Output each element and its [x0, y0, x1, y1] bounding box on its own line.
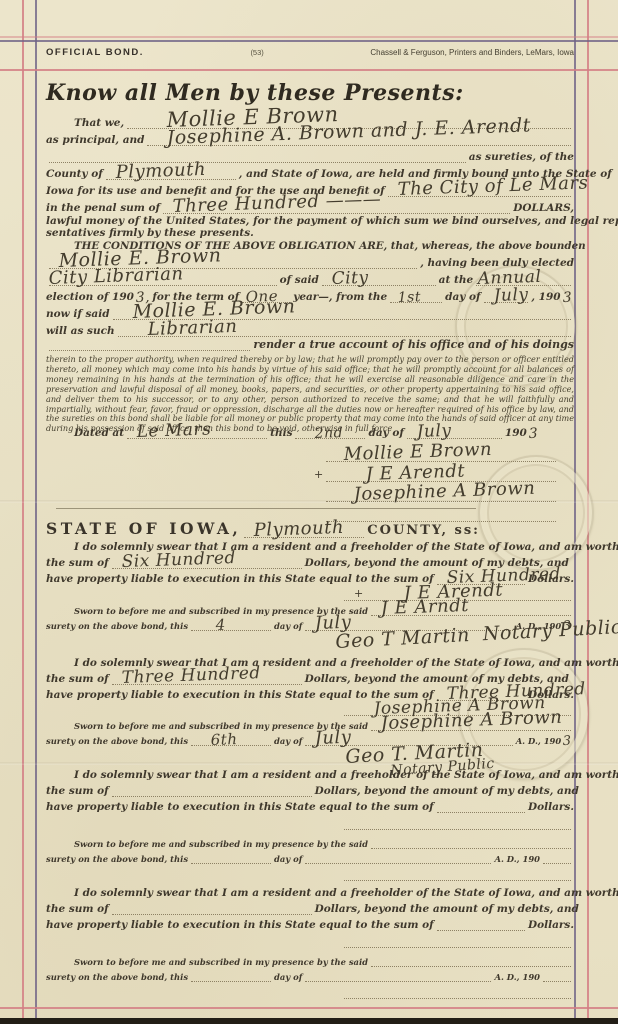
day-blank: 6th	[191, 730, 271, 746]
surety-clause-label: surety on the above bond, this	[46, 972, 188, 982]
cross-mark: +	[354, 587, 363, 600]
section-divider	[56, 508, 476, 509]
sum-handwriting: Six Hundred	[121, 550, 236, 571]
dollars-label: DOLLARS,	[513, 202, 574, 214]
month-blank: July	[484, 285, 529, 303]
dated-year-label: 190	[505, 427, 527, 439]
bottom-pink-rule	[0, 1007, 618, 1009]
sum-blank: Six Hundred	[112, 552, 302, 569]
day-blank: 4	[191, 615, 271, 631]
surety-date-line: surety on the above bond, this day of A.…	[46, 967, 574, 982]
county-blank: Plymouth	[106, 162, 236, 180]
venue-county-blank: Plymouth	[244, 515, 364, 538]
line-now-if-said: now if said Mollie E. Brown	[46, 303, 574, 320]
notary-line: Geo T Martin Notary Public	[46, 631, 574, 649]
affidavit-1: STATE OF IOWA, Plymouth COUNTY, ss: I do…	[46, 516, 574, 649]
of-said-blank: City	[322, 268, 436, 286]
surety-signature-blank	[344, 930, 571, 948]
surety-signature-blank	[344, 812, 571, 830]
line-will-as-such: will as such Librarian	[46, 320, 574, 337]
at-the-blank: Annual	[476, 268, 571, 286]
dated-at-label: Dated at	[46, 427, 124, 439]
page-header: OFFICIAL BOND. (53) Chassell & Ferguson,…	[46, 47, 574, 58]
line-render: render a true account of his office and …	[46, 337, 574, 351]
ad-label: A. D., 190	[516, 736, 562, 746]
day-of-label: day of	[274, 621, 302, 631]
sum-label: the sum of	[46, 785, 109, 797]
dated-block: Dated at Le Mars this 2nd day of July 19…	[46, 424, 574, 439]
venue-line: STATE OF IOWA, Plymouth COUNTY, ss:	[46, 516, 574, 538]
office-handwriting: City Librarian	[48, 265, 183, 288]
sureties-names-blank: Josephine A. Brown and J. E. Arendt	[147, 128, 571, 146]
venue-county-handwriting: Plymouth	[254, 519, 345, 540]
surety-signature-line: +J E Arendt	[46, 585, 574, 601]
sum2-blank	[437, 796, 525, 813]
bond-signatures: Mollie E Brown +J E Arendt Josephine A B…	[326, 442, 556, 522]
line-lawful-2: sentatives firmly by these presents.	[46, 227, 574, 239]
dated-day-of-label: day of	[368, 427, 403, 439]
line-lawful-1: lawful money of the United States, for t…	[46, 214, 574, 227]
sum-label: the sum of	[46, 557, 109, 569]
penal-sum-handwriting: Three Hundred ———	[172, 191, 381, 216]
cross-mark: +	[314, 468, 323, 481]
notary-line: Geo T. Martin Notary Public	[46, 746, 574, 764]
top-pink-rule	[0, 36, 618, 38]
year-blank	[543, 966, 571, 982]
form-type-label: OFFICIAL BOND.	[46, 47, 144, 58]
render-blank	[49, 336, 250, 351]
bond-document-page: OFFICIAL BOND. (53) Chassell & Ferguson,…	[0, 0, 618, 1024]
now-if-said-label: now if said	[46, 308, 110, 320]
sworn-name-blank	[371, 949, 571, 967]
state-of-iowa-label: STATE OF IOWA,	[46, 519, 241, 538]
notary-signature-blank	[344, 981, 571, 999]
bond-body: That we, Mollie E Brown as principal, an…	[46, 112, 574, 434]
signature-handwriting: Josephine A Brown	[353, 480, 535, 504]
sum2-blank	[437, 914, 525, 931]
property-line: have property liable to execution in thi…	[46, 797, 574, 813]
year-blank	[543, 848, 571, 864]
penal-sum-label: in the penal sum of	[46, 202, 160, 214]
header-pink-rule	[0, 69, 618, 71]
notary-signature-blank	[344, 863, 571, 881]
surety-clause-label: surety on the above bond, this	[46, 854, 188, 864]
surety-date-line: surety on the above bond, this 6th day o…	[46, 731, 574, 746]
sum-handwriting: Three Hundred	[121, 665, 261, 687]
dated-this-label: this	[270, 427, 292, 439]
affidavit-2: I do solemnly swear that I am a resident…	[46, 654, 574, 764]
that-we-label: That we,	[46, 117, 124, 129]
sum-blank	[112, 780, 312, 797]
property-line: have property liable to execution in thi…	[46, 915, 574, 931]
sworn-name-blank	[371, 831, 571, 849]
surety-clause-label: surety on the above bond, this	[46, 621, 188, 631]
swear-line: I do solemnly swear that I am a resident…	[46, 654, 574, 669]
line-penal-sum: in the penal sum of Three Hundred ——— DO…	[46, 197, 574, 214]
as-sureties-label: as sureties, of the	[469, 151, 574, 163]
swear-line: I do solemnly swear that I am a resident…	[46, 884, 574, 899]
line-election: election of 190 3, for the term of One y…	[46, 286, 574, 303]
day-of-label: day of	[274, 972, 302, 982]
sworn-line: Sworn to before me and subscribed in my …	[46, 716, 574, 731]
surety-clause-label: surety on the above bond, this	[46, 736, 188, 746]
sworn-name-blank: Josephine A Brown	[371, 715, 571, 731]
from-day-blank: 1st	[390, 285, 442, 303]
day-blank	[191, 848, 271, 864]
signature-handwriting: Mollie E Brown	[343, 441, 492, 464]
swear-line: I do solemnly swear that I am a resident…	[46, 766, 574, 781]
render-clause-label: render a true account of his office and …	[253, 339, 574, 351]
signature-line: Josephine A Brown	[326, 482, 556, 502]
sum-line: the sum of Dollars, beyond the amount of…	[46, 899, 574, 915]
empty-blank	[49, 145, 466, 163]
top-purple-rule	[0, 40, 618, 42]
sum-blank	[112, 898, 312, 915]
sum-line: the sum of Dollars, beyond the amount of…	[46, 781, 574, 797]
county-handwriting: Plymouth	[115, 161, 206, 182]
county-ss-label: COUNTY, ss:	[367, 523, 480, 538]
line-dated: Dated at Le Mars this 2nd day of July 19…	[46, 424, 574, 439]
right-pink-rule	[587, 0, 589, 1024]
surety-signature-line	[46, 813, 574, 830]
sworn-line: Sworn to before me and subscribed in my …	[46, 832, 574, 849]
sum-label: the sum of	[46, 673, 109, 685]
dated-month-blank: July	[407, 423, 502, 439]
month-blank	[305, 966, 491, 982]
day-blank	[191, 966, 271, 982]
dated-day-handwriting: 2nd	[315, 426, 344, 441]
signature-line: Mollie E Brown	[326, 442, 556, 462]
such-office-blank: Librarian	[118, 319, 571, 337]
sworn-line: Sworn to before me and subscribed in my …	[46, 601, 574, 616]
sum-blank: Three Hundred	[112, 668, 302, 685]
dated-day-blank: 2nd	[295, 423, 365, 439]
form-number: (53)	[144, 48, 370, 57]
sworn-name-blank: J E Arndt	[371, 600, 571, 616]
lawful-line1: lawful money of the United States, for t…	[46, 215, 618, 227]
line-as-principal: as principal, and Josephine A. Brown and…	[46, 129, 574, 146]
left-pink-rule	[22, 0, 24, 1024]
lawful-line2: sentatives firmly by these presents.	[46, 227, 254, 239]
dated-place-blank: Le Mars	[127, 423, 267, 439]
sum-label: the sum of	[46, 903, 109, 915]
printer-credit: Chassell & Ferguson, Printers and Binder…	[370, 48, 574, 57]
line-as-sureties: as sureties, of the	[46, 146, 574, 163]
surety-signature-line	[46, 931, 574, 948]
affidavit-4: I do solemnly swear that I am a resident…	[46, 884, 574, 999]
county-of-label: County of	[46, 168, 103, 180]
office-blank: City Librarian	[49, 268, 277, 286]
notary-signature-line	[46, 864, 574, 881]
benefit-name-blank: The City of Le Mars	[388, 179, 571, 197]
swear-line: I do solemnly swear that I am a resident…	[46, 538, 574, 553]
dated-year-digit: 3	[528, 427, 538, 441]
sworn-line: Sworn to before me and subscribed in my …	[46, 950, 574, 967]
surety-date-line: surety on the above bond, this day of A.…	[46, 849, 574, 864]
day-of-label: day of	[274, 854, 302, 864]
month-blank	[305, 848, 491, 864]
dated-month-handwriting: July	[416, 423, 451, 441]
affidavit-3: I do solemnly swear that I am a resident…	[46, 766, 574, 881]
notary-signature-line	[46, 982, 574, 999]
left-purple-rule	[35, 0, 37, 1024]
at-the-label: at the	[439, 274, 473, 286]
right-purple-rule	[574, 0, 576, 1024]
day-of-label: day of	[274, 736, 302, 746]
dated-place-handwriting: Le Mars	[137, 421, 212, 441]
line-office: City Librarian of said City at the Annua…	[46, 269, 574, 286]
page-bottom-edge	[0, 1018, 618, 1024]
penal-sum-blank: Three Hundred ———	[163, 196, 510, 214]
